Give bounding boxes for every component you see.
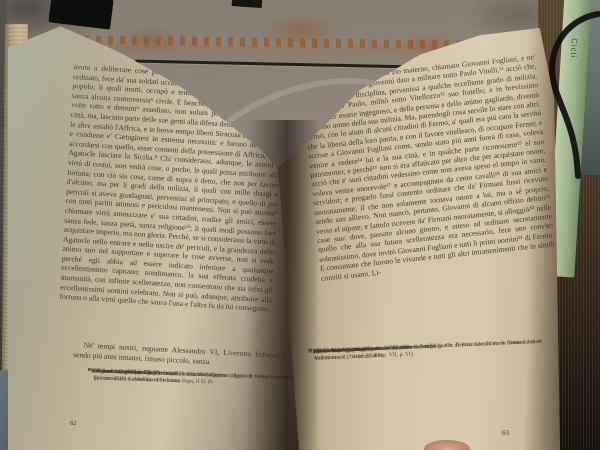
gutter-shadow [246,120,320,450]
book-photo: Cicli avuto a deliberare cose pertinenti… [0,0,600,450]
